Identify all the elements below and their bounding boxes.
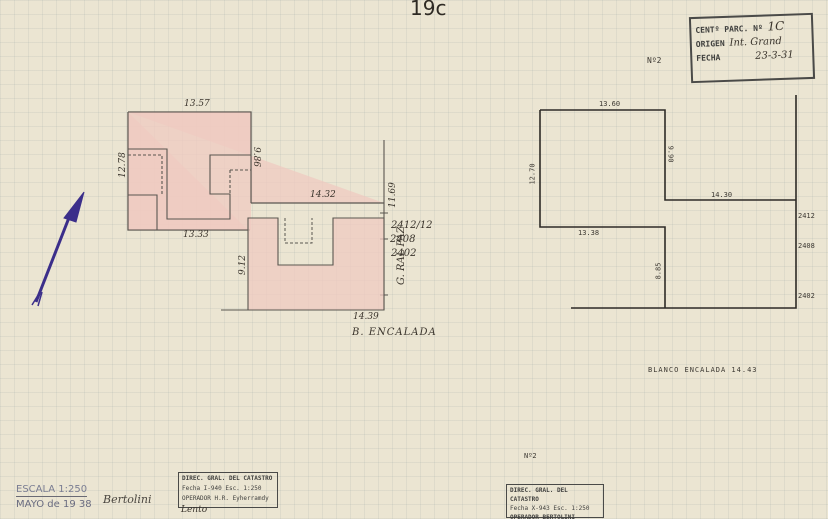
dim-middle: 14.32 xyxy=(310,190,336,200)
date-label: MAYO de 19 38 xyxy=(16,499,92,510)
cadastral-sheet: 19c CENTº PARC. Nº 1C ORIGEN Int. Grand … xyxy=(0,0,828,519)
dim-left: 12.78 xyxy=(118,152,128,178)
stamp-right-line2: Fecha X-943 Esc. 1:250 xyxy=(510,504,600,513)
stamp-date-value: 23-3-31 xyxy=(755,50,794,62)
stamp-parcel-value: 1C xyxy=(767,19,784,34)
stamp-left-line3: OPERADOR H.R. Eyherramdy xyxy=(182,494,274,504)
right-dim-bottom-left: 13.38 xyxy=(578,229,599,237)
dim-bottom-upper: 13.33 xyxy=(183,230,209,240)
stamp-right-line3: OPERADOR BERTOLINI xyxy=(510,513,600,519)
stamp-left-note: Lento xyxy=(181,505,207,515)
stamp-right-line1: DIREC. GRAL. DEL CATASTRO xyxy=(510,486,600,504)
plan-number-top: Nº2 xyxy=(647,56,661,65)
right-street-number-2408: 2408 xyxy=(798,242,815,250)
right-street-number-2412: 2412 xyxy=(798,212,815,220)
street-label-blanco-encalada: BLANCO ENCALADA 14.43 xyxy=(648,366,758,374)
right-dim-left: 12.70 xyxy=(529,163,537,184)
right-dim-top: 13.60 xyxy=(599,100,620,108)
right-street-number-2402: 2402 xyxy=(798,292,815,300)
right-plan-outline xyxy=(540,95,796,308)
stamp-label-parcel: CENTº PARC. Nº xyxy=(695,24,763,35)
dim-top: 13.57 xyxy=(184,99,210,109)
street-label-b-encalada: B. ENCALADA xyxy=(352,327,437,338)
dim-side-short: 11.69 xyxy=(388,182,398,208)
north-arrow-icon xyxy=(32,192,84,306)
stamp-origin-value: Int. Grand xyxy=(729,36,782,49)
stamp-left-line2: Fecha I-940 Esc. 1:250 xyxy=(182,484,274,494)
dim-right-notch: 9.86 xyxy=(251,147,261,167)
plan-number-bottom: Nº2 xyxy=(524,452,537,460)
dim-bottom: 14.39 xyxy=(353,312,379,322)
scale-label: ESCALA 1:250 xyxy=(16,484,87,497)
sheet-number: 19c xyxy=(410,0,446,20)
right-dim-lower: 8.85 xyxy=(654,263,662,280)
stamp-catastro-left: DIREC. GRAL. DEL CATASTRO Fecha I-940 Es… xyxy=(178,472,278,508)
stamp-catastro-right: DIREC. GRAL. DEL CATASTRO Fecha X-943 Es… xyxy=(506,484,604,518)
stamp-label-origin: ORIGEN xyxy=(696,39,725,49)
signature: Bertolini xyxy=(103,493,152,506)
parcel-stamp: CENTº PARC. Nº 1C ORIGEN Int. Grand FECH… xyxy=(689,13,815,83)
stamp-label-date: FECHA xyxy=(696,53,720,63)
right-dim-notch: 9.90 xyxy=(666,146,674,163)
stamp-left-line1: DIREC. GRAL. DEL CATASTRO xyxy=(182,474,274,484)
street-label-gral-paz: G. RAL PAZ xyxy=(396,226,407,285)
left-plan-upper-parcel xyxy=(128,112,384,230)
dim-lower-left: 9.12 xyxy=(238,255,248,275)
right-dim-middle: 14.30 xyxy=(711,191,732,199)
